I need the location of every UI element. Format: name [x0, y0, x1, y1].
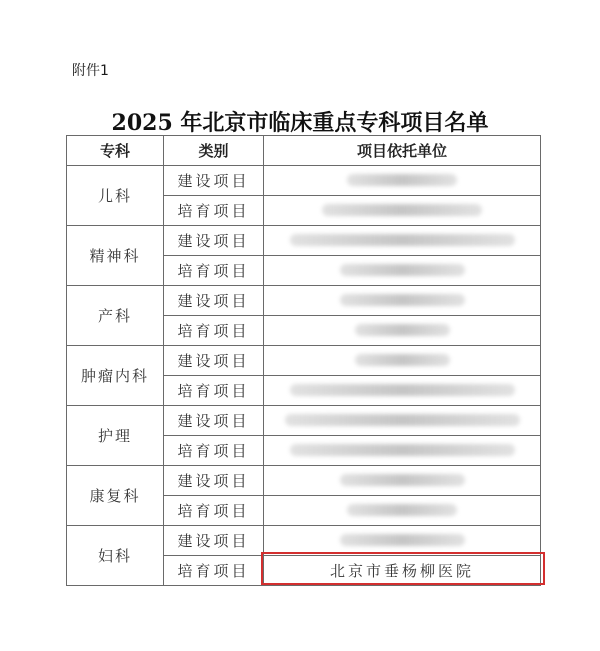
category-cell: 培育项目 [164, 316, 264, 346]
header-unit: 项目依托单位 [264, 136, 541, 166]
unit-cell [264, 346, 541, 376]
header-specialty: 专科 [67, 136, 164, 166]
redacted-unit-name [347, 174, 457, 186]
redacted-unit-name [290, 384, 515, 396]
table-row: 肿瘤内科建设项目 [67, 346, 541, 376]
redacted-unit-name [355, 324, 450, 336]
redacted-unit-name [340, 474, 465, 486]
unit-cell [264, 496, 541, 526]
unit-cell [264, 466, 541, 496]
unit-cell [264, 406, 541, 436]
table-row: 妇科建设项目 [67, 526, 541, 556]
document-title: 2025 年北京市临床重点专科项目名单 [0, 106, 600, 137]
specialty-cell: 肿瘤内科 [67, 346, 164, 406]
category-cell: 培育项目 [164, 376, 264, 406]
category-cell: 培育项目 [164, 196, 264, 226]
category-cell: 培育项目 [164, 256, 264, 286]
category-cell: 培育项目 [164, 496, 264, 526]
redacted-unit-name [285, 414, 520, 426]
redacted-unit-name [290, 234, 515, 246]
specialty-cell: 产科 [67, 286, 164, 346]
unit-cell [264, 196, 541, 226]
unit-name: 北京市垂杨柳医院 [330, 562, 474, 580]
unit-cell [264, 286, 541, 316]
unit-cell [264, 376, 541, 406]
redacted-unit-name [340, 264, 465, 276]
category-cell: 培育项目 [164, 436, 264, 466]
highlighted-unit-cell: 北京市垂杨柳医院 [264, 556, 541, 586]
unit-cell [264, 256, 541, 286]
category-cell: 建设项目 [164, 466, 264, 496]
table-row: 护理建设项目 [67, 406, 541, 436]
specialty-cell: 妇科 [67, 526, 164, 586]
table-row: 康复科建设项目 [67, 466, 541, 496]
unit-cell [264, 316, 541, 346]
category-cell: 建设项目 [164, 526, 264, 556]
specialty-cell: 儿科 [67, 166, 164, 226]
category-cell: 建设项目 [164, 346, 264, 376]
redacted-unit-name [340, 294, 465, 306]
unit-cell [264, 166, 541, 196]
specialty-cell: 护理 [67, 406, 164, 466]
table-row: 儿科建设项目 [67, 166, 541, 196]
redacted-unit-name [322, 204, 482, 216]
category-cell: 培育项目 [164, 556, 264, 586]
redacted-unit-name [355, 354, 450, 366]
redacted-unit-name [347, 504, 457, 516]
unit-cell [264, 526, 541, 556]
table-header-row: 专科 类别 项目依托单位 [67, 136, 541, 166]
redacted-unit-name [340, 534, 465, 546]
category-cell: 建设项目 [164, 286, 264, 316]
header-category: 类别 [164, 136, 264, 166]
attachment-label: 附件1 [72, 60, 109, 80]
table-row: 产科建设项目 [67, 286, 541, 316]
unit-cell [264, 226, 541, 256]
specialty-list-table: 专科 类别 项目依托单位 儿科建设项目培育项目精神科建设项目培育项目产科建设项目… [66, 135, 541, 586]
table-row: 精神科建设项目 [67, 226, 541, 256]
specialty-cell: 精神科 [67, 226, 164, 286]
category-cell: 建设项目 [164, 406, 264, 436]
category-cell: 建设项目 [164, 166, 264, 196]
unit-cell [264, 436, 541, 466]
category-cell: 建设项目 [164, 226, 264, 256]
specialty-cell: 康复科 [67, 466, 164, 526]
redacted-unit-name [290, 444, 515, 456]
